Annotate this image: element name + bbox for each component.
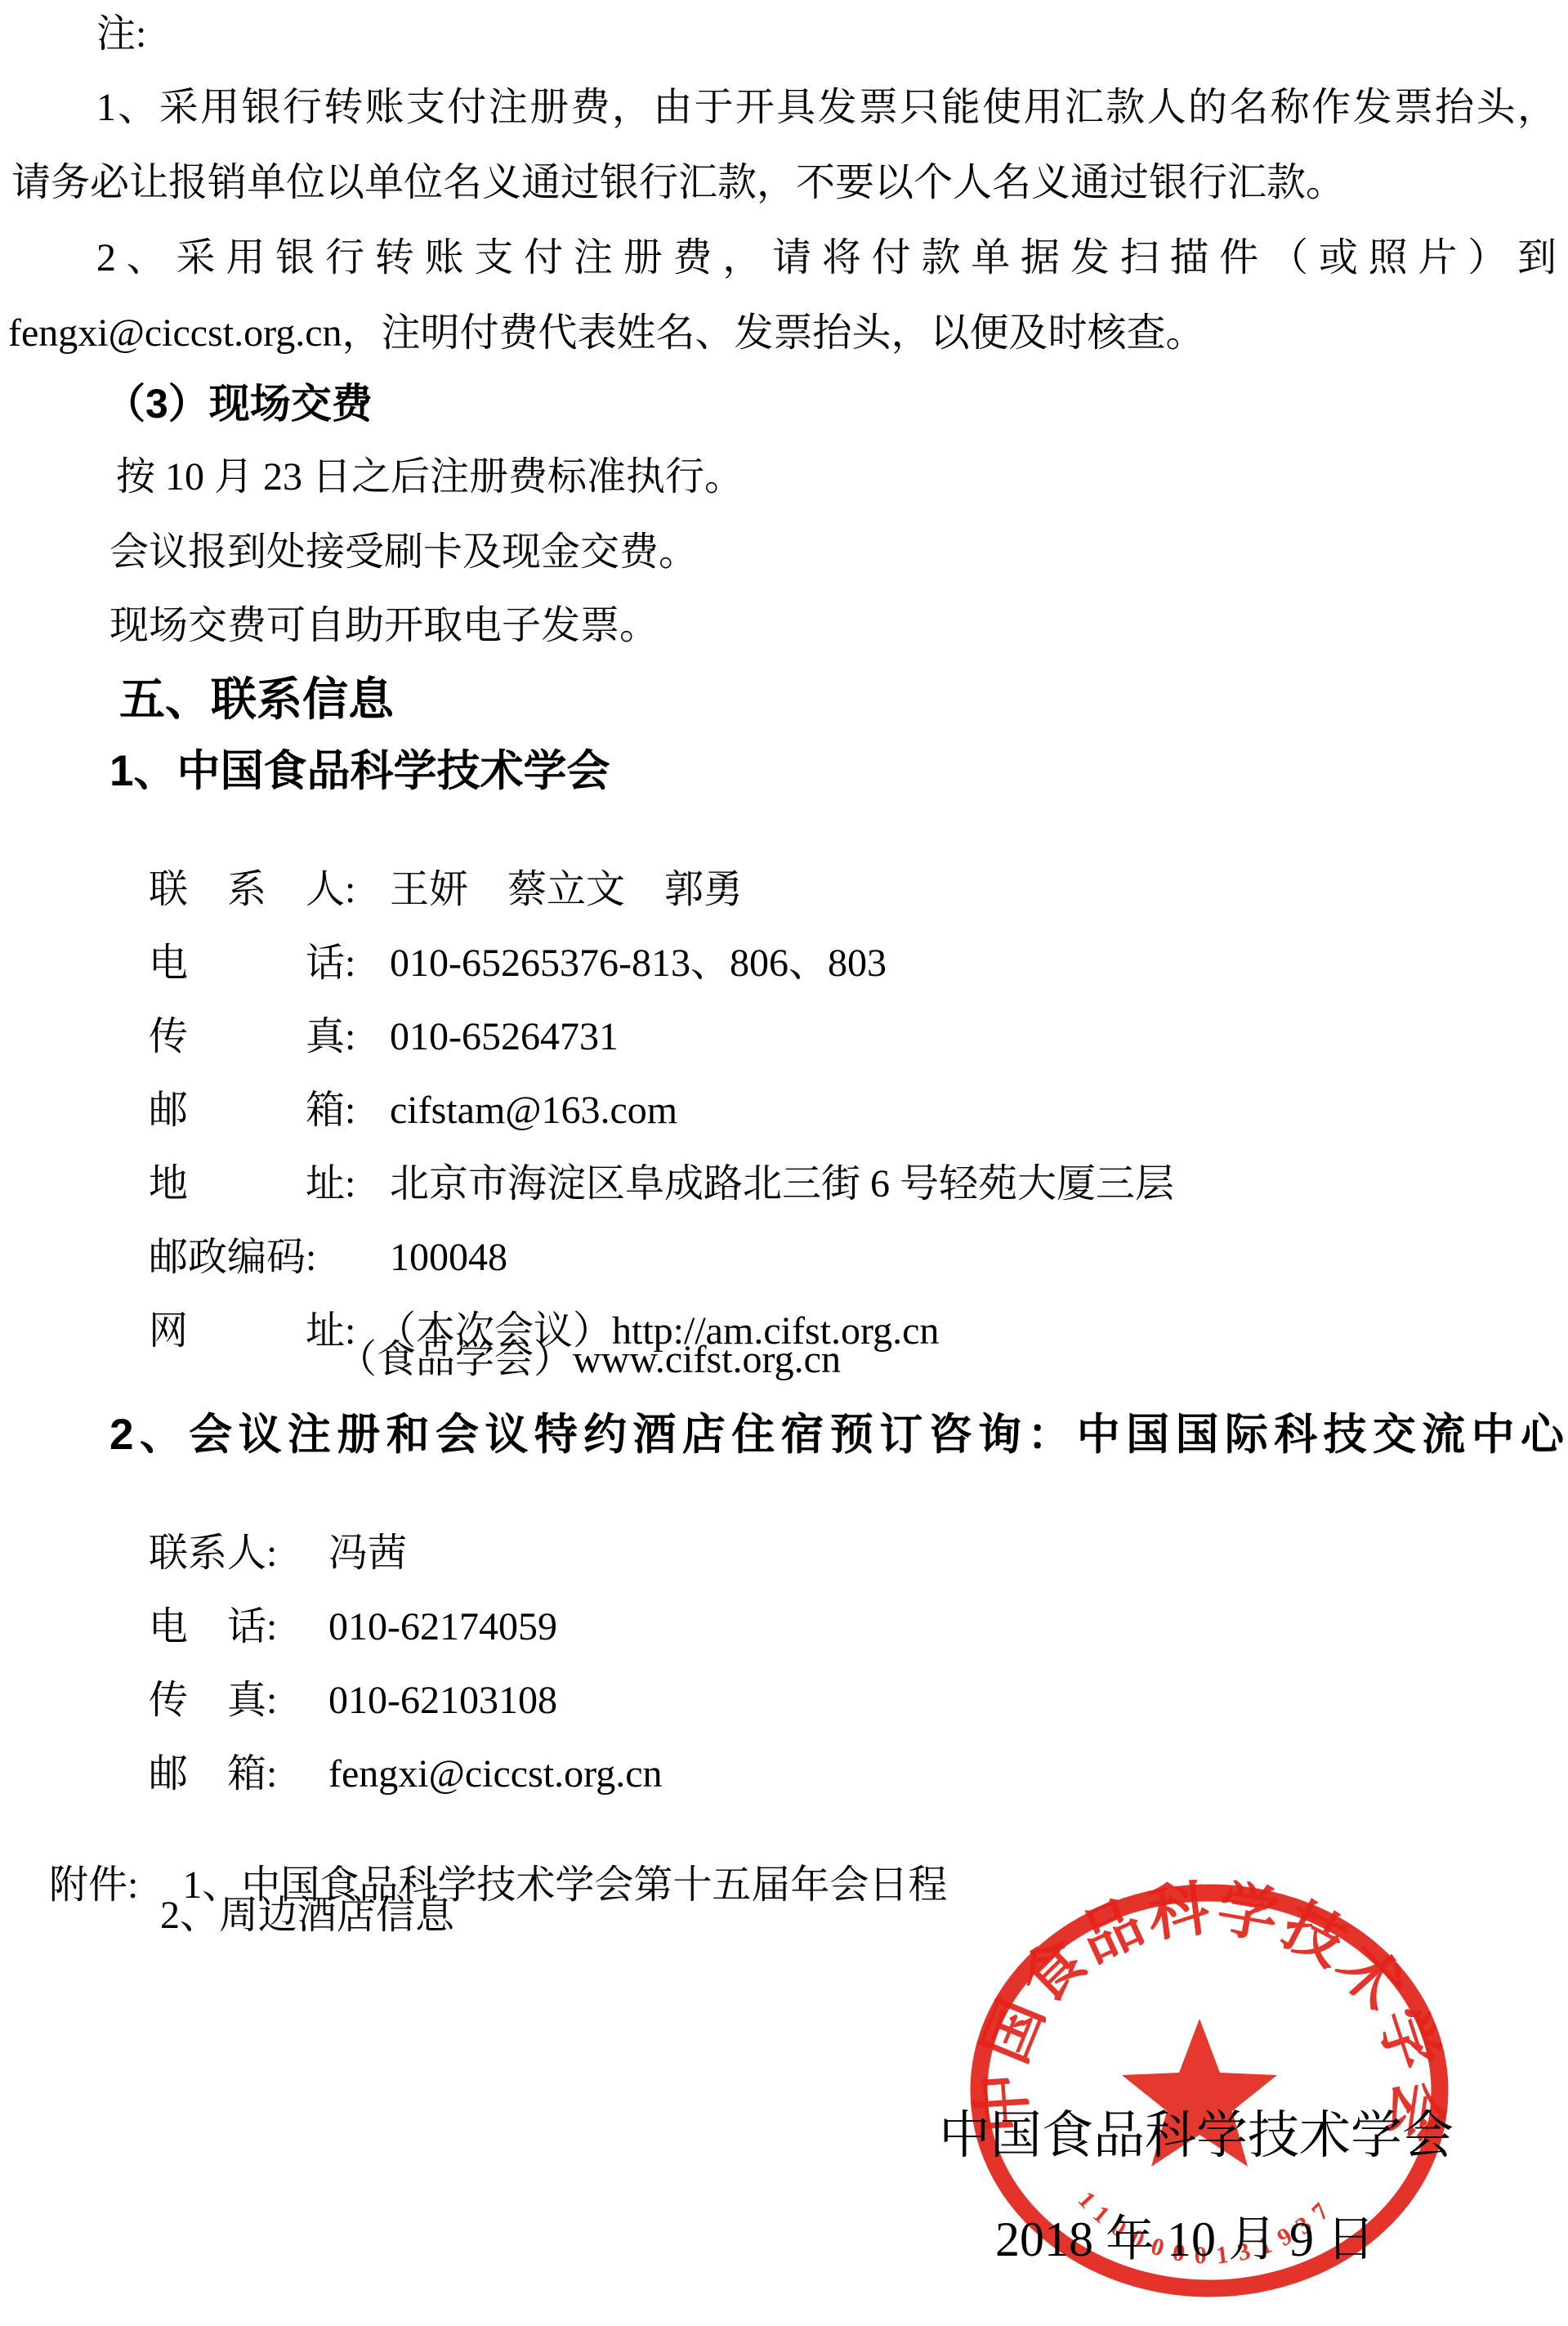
onsite-line3: 现场交费可自助开取电子发票。: [109, 603, 659, 648]
contacts-heading: 五、联系信息: [119, 673, 394, 726]
onsite-line2: 会议报到处接受刷卡及现金交费。: [109, 530, 698, 575]
address-value: 北京市海淀区阜成路北三街 6 号轻苑大厦三层: [390, 1162, 1174, 1205]
website-value-2: （食品学会）www.cifst.org.cn: [337, 1337, 841, 1382]
note-item2-line2: fengxi@ciccst.org.cn，注明付费代表姓名、发票抬头，以便及时核…: [8, 311, 1205, 356]
attachments-label: 附件:: [49, 1863, 138, 1907]
note-item1-line1: 1、采用银行转账支付注册费，由于开具发票只能使用汇款人的名称作发票抬头，: [0, 85, 1557, 130]
onsite-heading: （3）现场交费: [105, 381, 373, 428]
email-value: fengxi@ciccst.org.cn: [328, 1752, 663, 1796]
document-page: 注: 1、采用银行转账支付注册费，由于开具发票只能使用汇款人的名称作发票抬头， …: [0, 0, 1568, 2326]
email-label: 邮 箱:: [149, 1751, 304, 1796]
signature-org-name: 中国食品科学技术学会: [939, 2094, 1454, 2168]
website-label: 网 址:: [149, 1308, 365, 1353]
notes-heading: 注:: [96, 11, 146, 56]
org2-heading: 2、会议注册和会议特约酒店住宿预订咨询：中国国际科技交流中心: [0, 1411, 1564, 1460]
org1-heading: 1、中国食品科学技术学会: [109, 747, 610, 797]
attachments-row: 附件:1、中国食品科学技术学会第十五届年会日程: [10, 1818, 947, 1953]
note-item1-line2: 请务必让报销单位以单位名义通过银行汇款，不要以个人名义通过银行汇款。: [11, 160, 1345, 205]
note-item2-line1: 2、采用银行转账支付注册费，请将付款单据发扫描件（或照片）到: [0, 235, 1557, 280]
onsite-line1: 按 10 月 23 日之后注册费标准执行。: [116, 454, 744, 499]
signature-date: 2018 年 10 月 9 日: [995, 2200, 1375, 2270]
attachment-item-2: 2、周边酒店信息: [160, 1893, 454, 1938]
